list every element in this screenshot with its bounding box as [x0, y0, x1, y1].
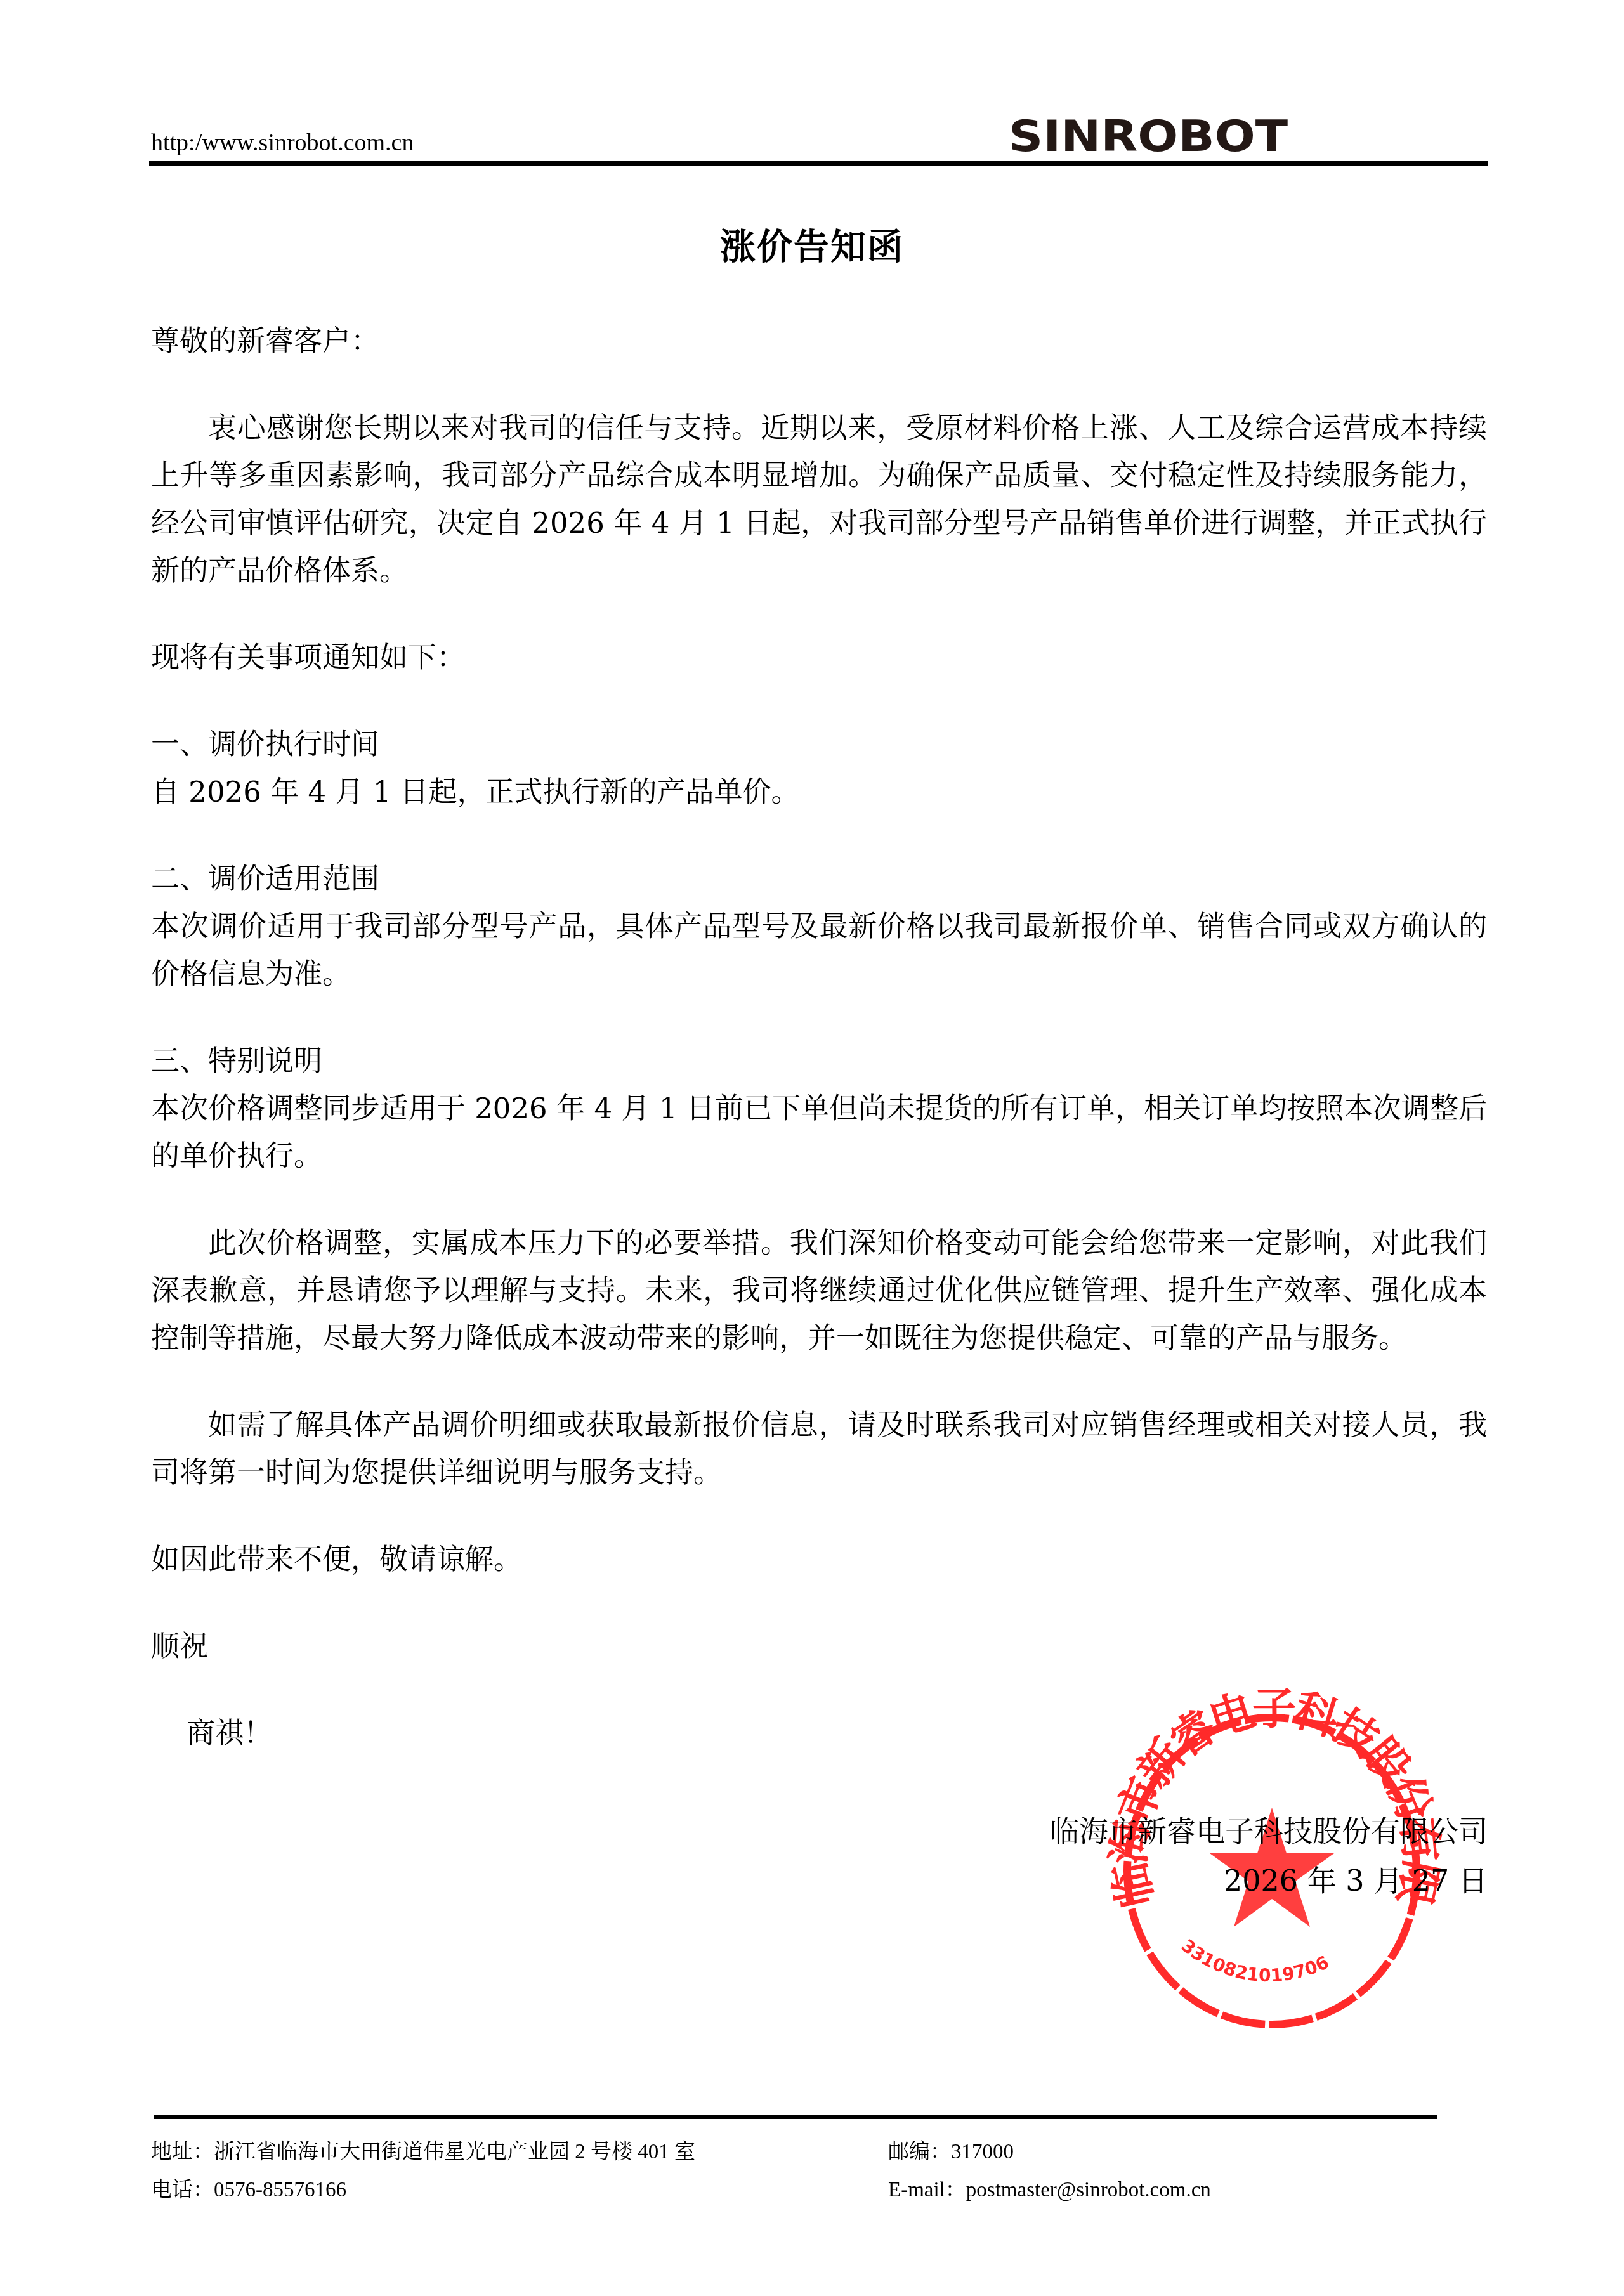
salutation: 尊敬的新睿客户： — [151, 317, 1487, 365]
svg-text:SINROBOT: SINROBOT — [1009, 115, 1288, 153]
section-body-1: 自 2026 年 4 月 1 日起，正式执行新的产品单价。 — [151, 768, 1487, 816]
document-title: 涨价告知函 — [0, 219, 1624, 270]
footer-email: E-mail：postmaster@sinrobot.com.cn — [888, 2173, 1211, 2203]
footer-address: 地址：浙江省临海市大田街道伟星光电产业园 2 号楼 401 室 — [151, 2135, 695, 2165]
intro-paragraph: 衷心感谢您长期以来对我司的信任与支持。近期以来，受原材料价格上涨、人工及综合运营… — [151, 404, 1487, 594]
section-heading-1: 一、调价执行时间 — [151, 721, 1487, 768]
footer-zip: 邮编：317000 — [888, 2135, 1014, 2165]
apology-line: 如因此带来不便，敬请谅解。 — [151, 1536, 1487, 1583]
section-heading-3: 三、特别说明 — [151, 1037, 1487, 1085]
closing-paragraph-2: 如需了解具体产品调价明细或获取最新报价信息，请及时联系我司对应销售经理或相关对接… — [151, 1401, 1487, 1496]
footer-phone: 电话：0576-85576166 — [151, 2173, 346, 2203]
section-body-3: 本次价格调整同步适用于 2026 年 4 月 1 日前已下单但尚未提货的所有订单… — [151, 1085, 1487, 1180]
signature-date: 2026 年 3 月 27 日 — [1050, 1856, 1488, 1905]
sinrobot-logo: SINROBOT — [1009, 115, 1288, 153]
signature-company: 临海市新睿电子科技股份有限公司 — [1050, 1806, 1488, 1856]
regards-line: 顺祝 — [151, 1622, 1487, 1670]
letter-body: 尊敬的新睿客户： 衷心感谢您长期以来对我司的信任与支持。近期以来，受原材料价格上… — [151, 317, 1487, 1757]
svg-text:3310821019706: 3310821019706 — [1177, 1935, 1332, 1986]
header-divider — [149, 161, 1488, 166]
header-url: http:/www.sinrobot.com.cn — [151, 129, 414, 157]
closing-paragraph-1: 此次价格调整，实属成本压力下的必要举措。我们深知价格变动可能会给您带来一定影响，… — [151, 1219, 1487, 1362]
signature-block: 临海市新睿电子科技股份有限公司 2026 年 3 月 27 日 — [1050, 1806, 1488, 1905]
section-body-2: 本次调价适用于我司部分型号产品，具体产品型号及最新价格以我司最新报价单、销售合同… — [151, 903, 1487, 998]
footer-divider — [154, 2115, 1437, 2119]
notice-lead: 现将有关事项通知如下： — [151, 634, 1487, 681]
section-heading-2: 二、调价适用范围 — [151, 855, 1487, 903]
